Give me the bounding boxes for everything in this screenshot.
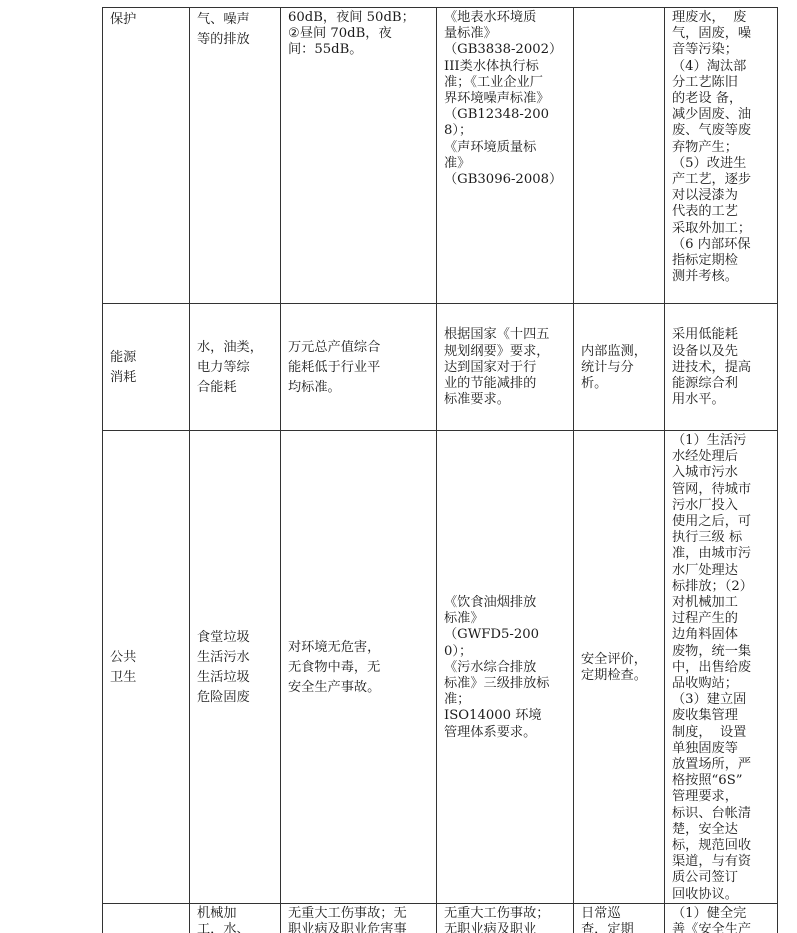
measures-cell: （1）健全完 善《安全生产 [665, 903, 778, 933]
measures-text: （1）生活污 水经处理后 入城市污水 管网，待城市 污水厂投入 使用之后，可 执… [672, 433, 753, 902]
category-cell [103, 903, 190, 933]
factor-cell: 气、噪声 等的排放 [190, 8, 281, 304]
table-row-machining-safety: 机械加 工，水、 无重大工伤事故；无 职业病及职业危害事 无重大工伤事故； 无职… [103, 903, 778, 933]
target-cell: 万元总产值综合 能耗低于行业平 均标准。 [281, 304, 437, 431]
method-text: 安全评价， 定期检查。 [581, 652, 647, 683]
standard-text: 根据国家《十四五 规划纲要》要求， 达到国家对于行 业的节能减排的 标准要求。 [444, 327, 550, 407]
measures-text: （1）健全完 善《安全生产 [672, 906, 751, 933]
category-cell: 公共 卫生 [103, 431, 190, 904]
target-text: 对环境无危害， 无食物中毒，无 安全生产事故。 [288, 640, 380, 695]
category-text: 能源 消耗 [110, 350, 136, 385]
table-row-public-hygiene: 公共 卫生 食堂垃圾 生活污水 生活垃圾 危险固废 对环境无危害， 无食物中毒，… [103, 431, 778, 904]
factor-text: 水，油类， 电力等综 合能耗 [197, 340, 263, 395]
factor-text: 食堂垃圾 生活污水 生活垃圾 危险固废 [197, 630, 250, 705]
factor-cell: 机械加 工，水、 [190, 903, 281, 933]
method-cell: 安全评价， 定期检查。 [574, 431, 665, 904]
table-row-environment-protection: 保护 气、噪声 等的排放 60dB，夜间 50dB； ②昼间 70dB，夜 间：… [103, 8, 778, 304]
category-cell: 能源 消耗 [103, 304, 190, 431]
category-text: 保护 [110, 12, 136, 27]
target-cell: 60dB，夜间 50dB； ②昼间 70dB，夜 间：55dB。 [281, 8, 437, 304]
method-cell [574, 8, 665, 304]
factor-cell: 食堂垃圾 生活污水 生活垃圾 危险固废 [190, 431, 281, 904]
method-text: 日常巡 查，定期 [581, 906, 634, 933]
standard-cell: 《地表水环境质 量标准》 （GB3838-2002） III类水体执行标 准；《… [437, 8, 574, 304]
standard-text: 无重大工伤事故； 无职业病及职业 [444, 906, 550, 933]
standard-text: 《饮食油烟排放 标准》 （GWFD5-2000）； 《污水综合排放 标准》三级排… [444, 595, 550, 740]
category-text: 公共 卫生 [110, 650, 136, 685]
standard-cell: 无重大工伤事故； 无职业病及职业 [437, 903, 574, 933]
factor-text: 气、噪声 等的排放 [197, 12, 250, 47]
standard-cell: 根据国家《十四五 规划纲要》要求， 达到国家对于行 业的节能减排的 标准要求。 [437, 304, 574, 431]
measures-text: 理废水， 废 气，固废，噪 音等污染； （4）淘汰部 分工艺陈旧 的老设 备， … [672, 10, 751, 284]
measures-text: 采用低能耗 设备以及先 进技术，提高 能源综合利 用水平。 [672, 327, 751, 407]
standard-text: 《地表水环境质 量标准》 （GB3838-2002） III类水体执行标 准；《… [444, 10, 562, 187]
category-cell: 保护 [103, 8, 190, 304]
target-text: 60dB，夜间 50dB； ②昼间 70dB，夜 间：55dB。 [288, 10, 430, 58]
method-cell: 内部监测， 统计与分 析。 [574, 304, 665, 431]
factor-cell: 水，油类， 电力等综 合能耗 [190, 304, 281, 431]
table-row-energy-consumption: 能源 消耗 水，油类， 电力等综 合能耗 万元总产值综合 能耗低于行业平 均标准… [103, 304, 778, 431]
target-text: 万元总产值综合 能耗低于行业平 均标准。 [288, 340, 380, 395]
measures-cell: 理废水， 废 气，固废，噪 音等污染； （4）淘汰部 分工艺陈旧 的老设 备， … [665, 8, 778, 304]
target-cell: 对环境无危害， 无食物中毒，无 安全生产事故。 [281, 431, 437, 904]
environmental-management-table: 保护 气、噪声 等的排放 60dB，夜间 50dB； ②昼间 70dB，夜 间：… [102, 7, 778, 933]
standard-cell: 《饮食油烟排放 标准》 （GWFD5-2000）； 《污水综合排放 标准》三级排… [437, 431, 574, 904]
factor-text: 机械加 工，水、 [197, 906, 250, 933]
measures-cell: （1）生活污 水经处理后 入城市污水 管网，待城市 污水厂投入 使用之后，可 执… [665, 431, 778, 904]
target-cell: 无重大工伤事故；无 职业病及职业危害事 [281, 903, 437, 933]
method-cell: 日常巡 查，定期 [574, 903, 665, 933]
measures-cell: 采用低能耗 设备以及先 进技术，提高 能源综合利 用水平。 [665, 304, 778, 431]
target-text: 无重大工伤事故；无 职业病及职业危害事 [288, 906, 407, 933]
method-text: 内部监测， 统计与分 析。 [581, 344, 647, 391]
document-page: 保护 气、噪声 等的排放 60dB，夜间 50dB； ②昼间 70dB，夜 间：… [0, 0, 797, 933]
